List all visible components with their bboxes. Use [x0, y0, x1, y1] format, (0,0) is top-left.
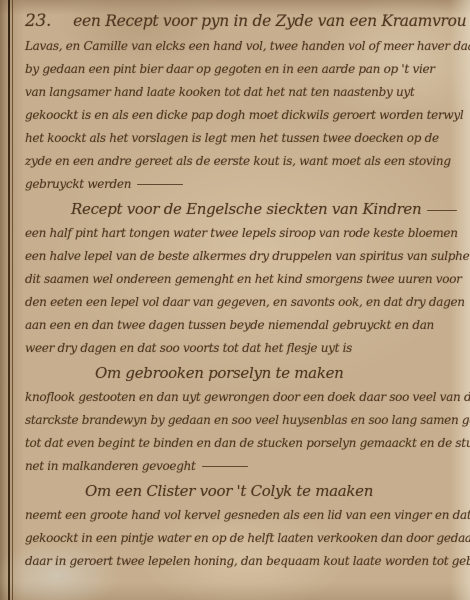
page-content: 23.een Recept voor pyn in de Zyde van ee… — [0, 0, 470, 600]
flourish-stroke — [202, 466, 248, 468]
recipe-line: neemt een groote hand vol kervel gesnede… — [25, 504, 462, 527]
recipe-line: gekoockt is en als een dicke pap dogh mo… — [25, 104, 462, 127]
recipe-line: aan een en dan twee dagen tussen beyde n… — [25, 314, 462, 337]
recipe-4-heading: Om een Clister voor 't Colyk te maaken — [25, 478, 462, 504]
recipe-line: zyde en een andre gereet als de eerste k… — [25, 150, 462, 173]
recipe-line: een halve lepel van de beste alkermes dr… — [25, 245, 462, 268]
recipe-line: gebruyckt werden — [25, 173, 462, 196]
recipe-line: daar in geroert twee lepelen honing, dan… — [25, 550, 462, 573]
recipe-line: net in malkanderen gevoeght — [25, 455, 462, 478]
title-row: 23.een Recept voor pyn in de Zyde van ee… — [25, 8, 462, 35]
recipe-line: dit saamen wel ondereen gemenght en het … — [25, 268, 462, 291]
recipe-2-heading: Recept voor de Engelsche sieckten van Ki… — [25, 196, 462, 222]
recipe-3-heading: Om gebrooken porselyn te maken — [25, 360, 462, 386]
recipe-line: tot dat even begint te binden en dan de … — [25, 432, 462, 455]
flourish-stroke — [137, 184, 183, 186]
manuscript-page: 23.een Recept voor pyn in de Zyde van ee… — [0, 0, 470, 600]
recipe-line-text: gebruyckt werden — [25, 177, 131, 191]
recipe-line: het koockt als het vorslagen is legt men… — [25, 127, 462, 150]
page-number: 23. — [25, 11, 51, 31]
recipe-line: knoflook gestooten en dan uyt gewrongen … — [25, 386, 462, 409]
recipe-line: den eeten een lepel vol daar van gegeven… — [25, 291, 462, 314]
flourish-stroke — [427, 210, 457, 212]
recipe-line: van langsamer hand laate kooken tot dat … — [25, 81, 462, 104]
recipe-4-title: Om een Clister voor 't Colyk te maaken — [85, 482, 373, 500]
recipe-2-title: Recept voor de Engelsche sieckten van Ki… — [71, 200, 421, 218]
recipe-3-title: Om gebrooken porselyn te maken — [95, 364, 344, 382]
recipe-line: Lavas, en Camille van elcks een hand vol… — [25, 35, 462, 58]
recipe-line: starckste brandewyn by gedaan en soo vee… — [25, 409, 462, 432]
recipe-line: gekoockt in een pintje water en op de he… — [25, 527, 462, 550]
recipe-line-text: net in malkanderen gevoeght — [25, 459, 196, 473]
recipe-line: weer dry dagen en dat soo voorts tot dat… — [25, 337, 462, 360]
recipe-1-title: een Recept voor pyn in de Zyde van een K… — [73, 12, 466, 30]
recipe-line: een half pint hart tongen water twee lep… — [25, 222, 462, 245]
recipe-line: by gedaan een pint bier daar op gegoten … — [25, 58, 462, 81]
